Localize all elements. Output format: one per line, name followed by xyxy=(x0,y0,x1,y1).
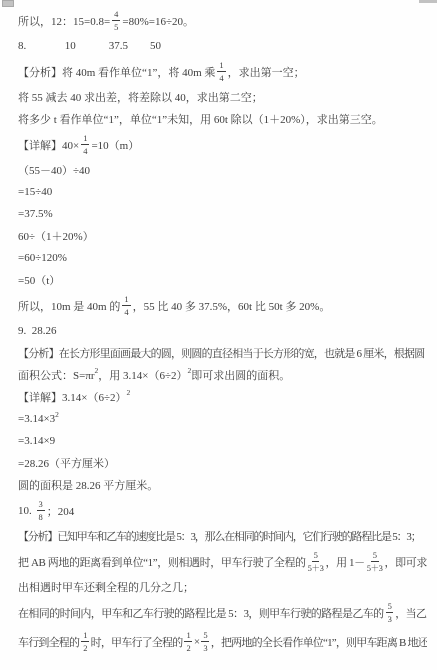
solution-q8-step5: 60÷（1＋20%） xyxy=(18,225,427,247)
text-run: 把 AB 两地的距离看到单位“1”，则相遇时，甲车行驶了全程的 xyxy=(18,554,306,570)
fraction-numerator: 1 xyxy=(184,630,191,642)
fraction-denominator: 5＋3 xyxy=(367,562,383,573)
fraction: 55＋3 xyxy=(367,550,383,572)
text-run: × xyxy=(194,636,199,648)
solution-q8-step3: =15÷40 xyxy=(18,181,427,203)
text-run: =28.26（平方厘米） xyxy=(18,455,115,471)
text-run: ，55 比 40 多 37.5%，60t 比 50t 多 20%。 xyxy=(133,298,331,314)
fraction-numerator: 1 xyxy=(81,630,88,642)
analysis-q10-line1: 【分析】已知甲车和乙车的速度比是 5：3，那么在相同的时间内，它们行驶的路程比是… xyxy=(18,525,427,547)
superscript: 2 xyxy=(127,389,131,397)
text-run: ，用 1－ xyxy=(325,554,364,570)
text-run: =15÷40 xyxy=(18,186,52,198)
solution-q9-step3: =3.14×9 xyxy=(18,430,427,452)
fraction-denominator: 2 xyxy=(186,642,189,653)
text-run: 在相同的时间内，甲车和乙车行驶的路程比是 5：3，则甲车行驶的路程是乙车的 xyxy=(18,605,384,621)
conclusion-q7: 所以，12：15=0.8=45=80%=16÷20。 xyxy=(18,6,427,35)
fraction-denominator: 4 xyxy=(124,306,128,317)
text-run: 【分析】已知甲车和乙车的速度比是 5：3，那么在相同的时间内，它们行驶的路程比是… xyxy=(18,528,421,544)
fraction-numerator: 3 xyxy=(37,499,45,511)
text-run: 【详解】40× xyxy=(18,137,79,153)
text-run: 将 55 减去 40 求出差，将差除以 40，求出第二空； xyxy=(18,89,263,105)
text-run: 所以，10m 是 40m 的 xyxy=(18,298,120,314)
text-run: =3.14×3 xyxy=(18,413,55,425)
text-run: 所以，12：15=0.8= xyxy=(18,13,110,29)
fraction-numerator: 5 xyxy=(201,630,208,642)
text-run: 【分析】将 40m 看作单位“1”，将 40m 乘 xyxy=(18,64,215,80)
fraction-denominator: 3 xyxy=(388,613,392,624)
text-run: ，当乙 xyxy=(395,605,426,621)
solution-q9-step2: =3.14×32 xyxy=(18,408,427,430)
conclusion-q9: 圆的面积是 28.26 平方厘米。 xyxy=(18,474,427,496)
text-run: 【分析】在长方形里面画最大的圆，则圆的直径相当于长方形的宽，也就是 6 厘米，根… xyxy=(18,345,424,361)
solution-q9-step4: =28.26（平方厘米） xyxy=(18,452,427,474)
fraction: 53 xyxy=(201,630,208,652)
text-run: ，求出第一空； xyxy=(228,64,305,80)
text-run: 出相遇时甲车还剩全程的几分之几； xyxy=(18,579,194,595)
text-run: 圆的面积是 28.26 平方厘米。 xyxy=(18,477,158,493)
superscript: 2 xyxy=(55,411,59,419)
text-run: =3.14×9 xyxy=(18,435,55,447)
analysis-q8-line3: 将多少 t 看作单位“1”，单位“1”未知，用 60t 除以（1＋20%），求出… xyxy=(18,108,427,130)
answer-q8: 8. 10 37.5 50 xyxy=(18,35,427,57)
text-run: ，把两地的全长看作单位“1”，则甲车距离 B 地还 xyxy=(211,634,427,650)
analysis-q10-line4: 在相同的时间内，甲车和乙车行驶的路程比是 5：3，则甲车行驶的路程是乙车的53，… xyxy=(18,598,427,627)
solution-q9-step1: 【详解】3.14×（6÷2）2 xyxy=(18,386,427,408)
answer-q9: 9. 28.26 xyxy=(18,320,427,342)
solution-q8-step7: =50（t） xyxy=(18,269,427,291)
fraction: 53 xyxy=(386,601,394,623)
text-run: ，用 3.14×（6÷2） xyxy=(98,367,187,383)
analysis-q9-line1: 【分析】在长方形里面画最大的圆，则圆的直径相当于长方形的宽，也就是 6 厘米，根… xyxy=(18,342,427,364)
text-run: =37.5% xyxy=(18,208,53,220)
text-run: 60÷（1＋20%） xyxy=(18,228,94,244)
text-run: =60÷120% xyxy=(18,252,67,264)
text-run: ，即可求 xyxy=(385,554,427,570)
fraction-denominator: 4 xyxy=(219,72,223,83)
text-run: 10. xyxy=(18,505,35,517)
text-run: 9. 28.26 xyxy=(18,325,57,337)
text-run: =50（t） xyxy=(18,272,60,288)
solution-q8-step4: =37.5% xyxy=(18,203,427,225)
screen-edge-artifact-top-left xyxy=(2,0,14,7)
text-run: =10（m） xyxy=(91,137,139,153)
fraction-denominator: 5＋3 xyxy=(308,562,324,573)
answer-q10: 10. 38；204 xyxy=(18,496,427,525)
fraction: 45 xyxy=(112,9,120,31)
fraction-denominator: 2 xyxy=(83,642,86,653)
fraction-numerator: 5 xyxy=(312,550,320,562)
text-run: 面积公式：S=πr xyxy=(18,367,95,383)
analysis-q10-line5: 车行到全程的12时，甲车行了全程的12×53，把两地的全长看作单位“1”，则甲车… xyxy=(18,627,427,656)
conclusion-q8: 所以，10m 是 40m 的14，55 比 40 多 37.5%，60t 比 5… xyxy=(18,291,427,320)
analysis-q8-line2: 将 55 减去 40 求出差，将差除以 40，求出第二空； xyxy=(18,86,427,108)
fraction-numerator: 1 xyxy=(217,60,225,72)
text-run: 车行到全程的 xyxy=(18,634,79,650)
text-run: 即可求出圆的面积。 xyxy=(191,367,290,383)
scrollbar-fragment-top-right xyxy=(419,0,437,3)
analysis-q10-line3: 出相遇时甲车还剩全程的几分之几； xyxy=(18,576,427,598)
solution-q8-step2: （55－40）÷40 xyxy=(18,159,427,181)
document-body: 所以，12：15=0.8=45=80%=16÷20。8. 10 37.5 50【… xyxy=(0,0,437,656)
fraction-numerator: 5 xyxy=(386,601,394,613)
fraction: 14 xyxy=(122,294,130,316)
text-run: （55－40）÷40 xyxy=(18,162,90,178)
fraction-numerator: 4 xyxy=(112,9,120,21)
analysis-q10-line2: 把 AB 两地的距离看到单位“1”，则相遇时，甲车行驶了全程的55＋3，用 1－… xyxy=(18,547,427,576)
fraction-denominator: 3 xyxy=(203,642,206,653)
analysis-q9-line2: 面积公式：S=πr2，用 3.14×（6÷2）2即可求出圆的面积。 xyxy=(18,364,427,386)
fraction: 55＋3 xyxy=(308,550,324,572)
fraction: 38 xyxy=(37,499,45,521)
fraction-denominator: 5 xyxy=(114,21,118,32)
fraction: 14 xyxy=(217,60,225,82)
text-run: 时，甲车行了全程的 xyxy=(91,634,183,650)
analysis-q8-line1: 【分析】将 40m 看作单位“1”，将 40m 乘14，求出第一空； xyxy=(18,57,427,86)
solution-q8-step1: 【详解】40×14=10（m） xyxy=(18,130,427,159)
text-run: ；204 xyxy=(47,503,75,519)
text-run: 8. 10 37.5 50 xyxy=(18,40,161,52)
fraction-denominator: 8 xyxy=(39,511,43,522)
fraction: 14 xyxy=(81,133,89,155)
fraction-numerator: 1 xyxy=(122,294,130,306)
fraction: 12 xyxy=(184,630,191,652)
fraction-denominator: 4 xyxy=(83,145,87,156)
solution-q8-step6: =60÷120% xyxy=(18,247,427,269)
text-run: 将多少 t 看作单位“1”，单位“1”未知，用 60t 除以（1＋20%），求出… xyxy=(18,111,383,127)
fraction: 12 xyxy=(81,630,88,652)
fraction-numerator: 5 xyxy=(371,550,379,562)
text-run: 【详解】3.14×（6÷2） xyxy=(18,389,127,405)
fraction-numerator: 1 xyxy=(81,133,89,145)
text-run: =80%=16÷20。 xyxy=(122,13,194,29)
